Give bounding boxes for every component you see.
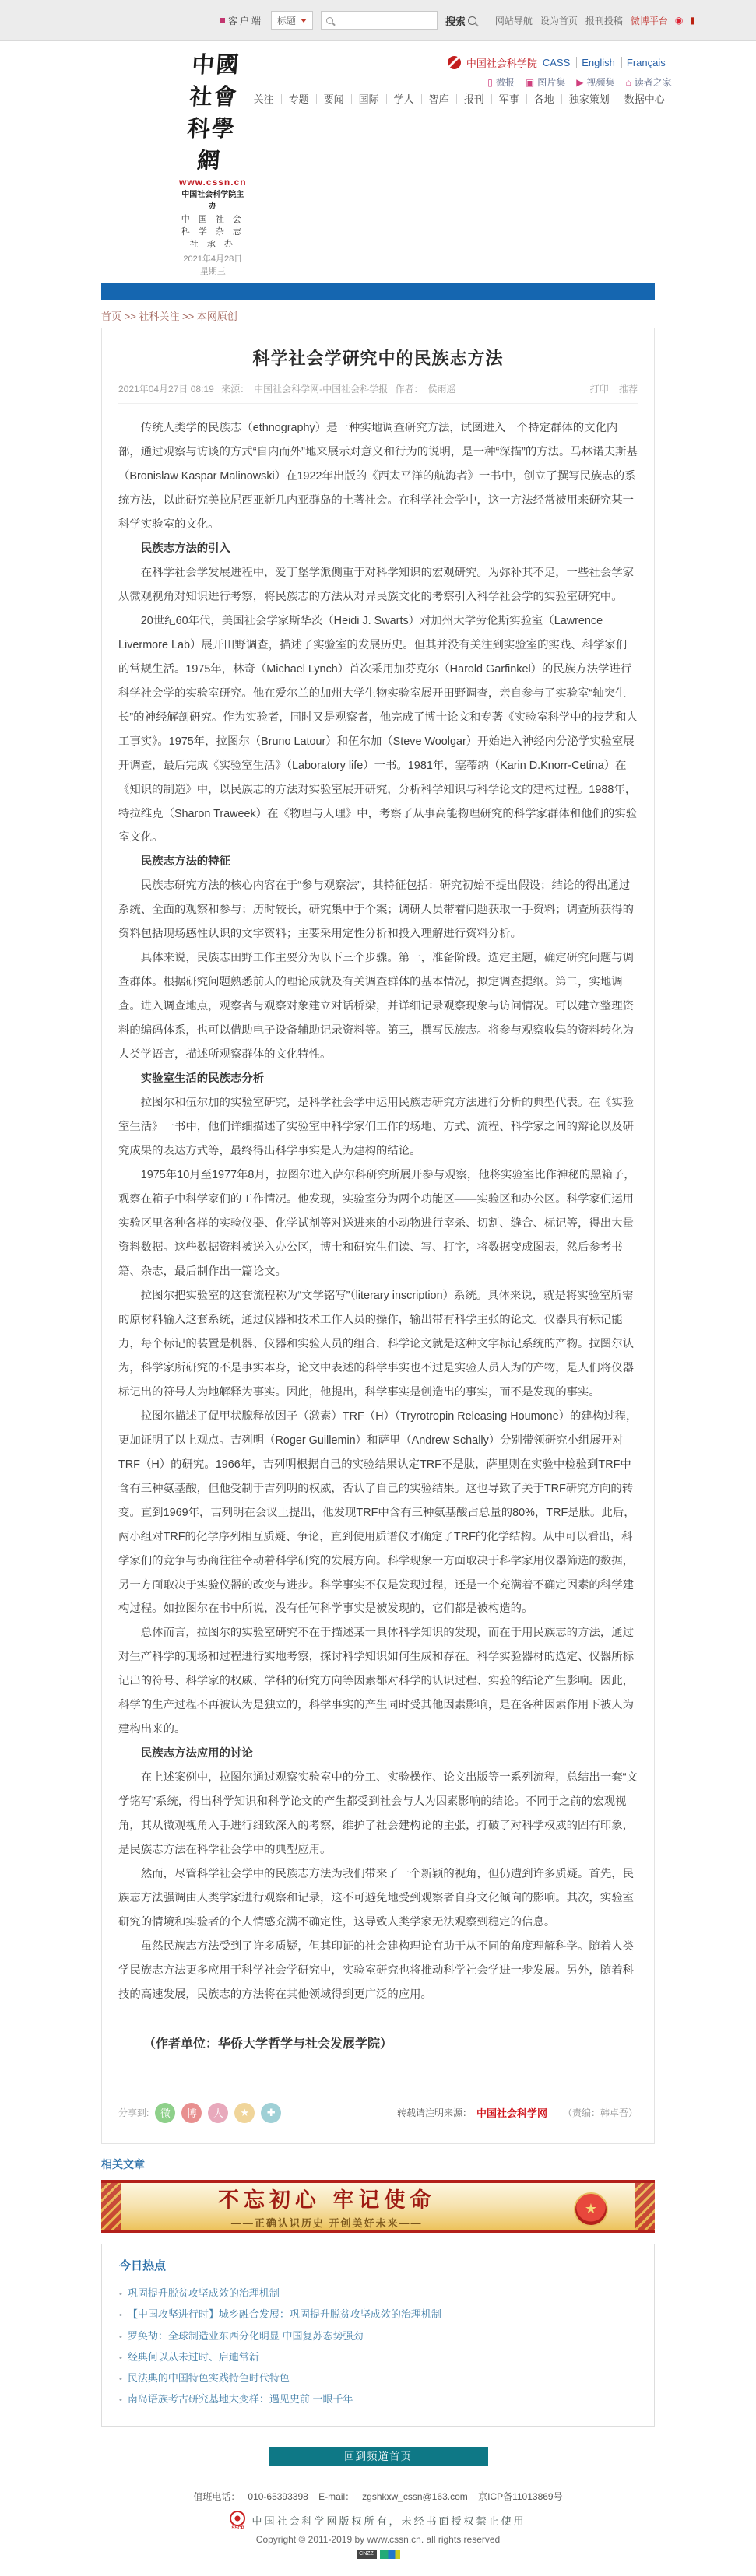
print-button[interactable]: 打印 (590, 384, 609, 395)
nav-link-数据中心[interactable]: 数据中心 (617, 94, 672, 104)
media-link-图片集[interactable]: ▣图片集 (526, 75, 565, 89)
paragraph: 具体来说，民族志田野工作主要分为以下三个步骤。第一，准备阶段。选定主题，确定研究… (118, 946, 638, 1067)
article-author: 侯雨遥 (427, 384, 455, 395)
paragraph: 虽然民族志方法受到了许多质疑，但其印证的社会建构理论有助于从不同的角度理解科学。… (118, 1935, 638, 2007)
hot-topic-link[interactable]: 民法典的中国特色实践特色时代特色 (119, 2367, 637, 2388)
hot-topics-panel: 今日热点 巩固提升脱贫攻坚成效的治理机制【中国攻坚进行时】城乡融合发展：巩固提升… (101, 2244, 655, 2427)
nav-link-专题[interactable]: 专题 (282, 94, 317, 104)
nav-link-军事[interactable]: 军事 (492, 94, 527, 104)
affiliation-link[interactable]: 中国社会科学院 (466, 55, 537, 70)
mobile-icon: ▯ (487, 77, 493, 88)
promo-banner[interactable]: 不忘初心 牢记使命 ——正确认识历史 开创美好未来—— ★ (101, 2180, 655, 2233)
search-input[interactable] (333, 15, 432, 26)
paragraph: 拉图尔描述了促甲状腺释放因子（激素）TRF（H）（Tryrotropin Rel… (118, 1405, 638, 1622)
paragraph: 在上述案例中，拉图尔通过观察实验室中的分工、实验操作、论文出版等一系列流程，总结… (118, 1766, 638, 1862)
media-links: ▯微报▣图片集▶视频集⌂读者之家 (487, 75, 672, 89)
section-heading: 民族志方法的特征 (118, 850, 638, 874)
article-container: 科学社会学研究中的民族志方法 2021年04月27日 08:19 来源：中国社会… (101, 328, 655, 2144)
repost-source-link[interactable]: 中国社会科学网 (476, 2105, 547, 2120)
repost-notice: 转载请注明来源： (397, 2106, 472, 2119)
paragraph: 民族志研究方法的核心内容在于“参与观察法”，其特征包括：研究初始不提出假设；结论… (118, 874, 638, 946)
lang-link-English[interactable]: English (582, 57, 622, 68)
icp-number: 京ICP备11013869号 (478, 2491, 563, 2502)
related-articles-title: 相关文章 (101, 2157, 655, 2172)
breadcrumb[interactable]: 首页 >> 社科关注 >> 本网原创 (101, 308, 655, 323)
site-host: 中国社会科学院主办 (181, 191, 244, 211)
article-datetime: 2021年04月27日 08:19 (118, 384, 214, 395)
cass-logo-icon (448, 56, 461, 69)
stats-badge-icon[interactable] (380, 2550, 400, 2559)
paragraph: 传统人类学的民族志（ethnography）是一种实地调查研究方法，试图进入一个… (118, 416, 638, 537)
topbar-link-报刊投稿[interactable]: 报刊投稿 (585, 14, 623, 27)
site-date: 2021年4月28日 星期三 (179, 252, 247, 277)
search-icon (326, 17, 333, 24)
copy-share-icon[interactable]: ✚ (261, 2103, 281, 2123)
banner-emblem-icon: ★ (574, 2192, 608, 2227)
top-utility-bar: 客户端 标题 搜索 网站导航设为首页报刊投稿微博平台 ◉ ▮ (0, 0, 756, 41)
author-label: 作者： (395, 384, 423, 395)
chevron-down-icon (301, 19, 307, 23)
hot-topics-title: 今日热点 (119, 2257, 637, 2273)
media-label: 视频集 (586, 75, 614, 89)
lang-link-CASS[interactable]: CASS (543, 57, 577, 68)
section-heading: 民族志方法应用的讨论 (118, 1742, 638, 1766)
search-button-icon (468, 16, 476, 25)
main-nav: 关注专题要闻国际学人智库报刊军事各地独家策划数据中心 (247, 94, 672, 104)
topbar-link-网站导航[interactable]: 网站导航 (495, 14, 533, 27)
share-bar: 分享到: 微博人★✚ (118, 2103, 281, 2123)
paragraph: 然而，尽管科学社会学中的民族志方法为我们带来了一个新颖的视角，但仍遭到许多质疑。… (118, 1862, 638, 1935)
author-unit: （作者单位：华侨大学哲学与社会发展学院） (118, 2034, 638, 2051)
nav-link-报刊[interactable]: 报刊 (457, 94, 492, 104)
masthead: 中國社會科學網 www.cssn.cn 中国社会科学院主办 中 国 社 会 科 … (0, 41, 756, 280)
media-link-视频集[interactable]: ▶视频集 (576, 75, 614, 89)
reader-icon: ⌂ (626, 77, 631, 88)
client-link[interactable]: 客户端 (220, 14, 263, 27)
hot-topics-list: 巩固提升脱贫攻坚成效的治理机制【中国攻坚进行时】城乡融合发展：巩固提升脱贫攻坚成… (119, 2283, 637, 2410)
section-heading: 民族志方法的引入 (118, 537, 638, 561)
paragraph: 总体而言，拉图尔的实验室研究不在于描述某一具体科学知识的发现，而在于用民族志的方… (118, 1621, 638, 1742)
article-source: 中国社会科学网-中国社会科学报 (254, 384, 388, 395)
search-box (321, 11, 438, 30)
media-label: 图片集 (537, 75, 565, 89)
site-organizer: 中 国 社 会 科 学 杂 志 社 承 办 (179, 212, 247, 250)
phone-number: 010-65393398 (248, 2491, 308, 2502)
client-icon (220, 18, 225, 23)
topbar-link-设为首页[interactable]: 设为首页 (540, 14, 578, 27)
weibo-share-icon[interactable]: 博 (181, 2103, 202, 2123)
media-label: 读者之家 (635, 75, 672, 89)
video-icon: ▶ (576, 77, 583, 88)
site-url: www.cssn.cn (179, 177, 247, 188)
lang-link-Français[interactable]: Français (627, 57, 672, 68)
sscp-logo-icon: SSCP (230, 2511, 245, 2531)
language-links: CASSEnglishFrançais (543, 57, 672, 68)
hot-topic-link[interactable]: 巩固提升脱贫攻坚成效的治理机制 (119, 2283, 637, 2304)
copyright-en: Copyright © 2011-2019 by www.cssn.cn. al… (0, 2534, 756, 2545)
article-body: 传统人类学的民族志（ethnography）是一种实地调查研究方法，试图进入一个… (118, 404, 638, 2007)
cnzz-badge-icon[interactable]: CNZZ (357, 2550, 377, 2559)
weibo-icon[interactable]: ◉ (675, 16, 683, 25)
copyright-cn: 中国社会科学网版权所有，未经书面授权禁止使用 (251, 2513, 526, 2528)
paragraph: 拉图尔和伍尔加的实验室研究，是科学社会学中运用民族志研究方法进行分析的典型代表。… (118, 1091, 638, 1163)
topbar-link-微博平台[interactable]: 微博平台 (631, 14, 668, 27)
article-meta: 2021年04月27日 08:19 来源：中国社会科学网-中国社会科学报 作者：… (118, 382, 461, 395)
section-heading: 实验室生活的民族志分析 (118, 1067, 638, 1091)
topbar-links: 网站导航设为首页报刊投稿微博平台 (495, 14, 668, 27)
search-button[interactable]: 搜索 (445, 13, 476, 28)
nav-link-独家策划[interactable]: 独家策划 (562, 94, 617, 104)
paragraph: 拉图尔把实验室的这套流程称为“文学铭写”（literary inscriptio… (118, 1284, 638, 1405)
site-logo[interactable]: 中國社會科學網 www.cssn.cn 中国社会科学院主办 中 国 社 会 科 … (179, 47, 247, 277)
nav-link-关注[interactable]: 关注 (247, 94, 282, 104)
nav-link-国际[interactable]: 国际 (352, 94, 387, 104)
nav-link-要闻[interactable]: 要闻 (317, 94, 352, 104)
nav-link-学人[interactable]: 学人 (387, 94, 422, 104)
hot-topic-link[interactable]: 南岛语族考古研究基地大变样：遇见史前 一眼千年 (119, 2388, 637, 2409)
media-label: 微报 (496, 75, 515, 89)
nav-link-智库[interactable]: 智库 (422, 94, 457, 104)
wechat-share-icon[interactable]: 微 (155, 2103, 175, 2123)
page-footer: 值班电话：010-65393398 E-mail：zgshkxw_cssn@16… (0, 2490, 756, 2576)
paragraph: 在科学社会学发展进程中，爱丁堡学派侧重于对科学知识的宏观研究。为弥补其不足，一些… (118, 561, 638, 609)
qzone-share-icon[interactable]: ★ (234, 2103, 255, 2123)
phone-label: 值班电话： (193, 2491, 240, 2502)
banner-slogan: 不忘初心 牢记使命 (218, 2183, 435, 2213)
bookmark-icon[interactable]: ▮ (690, 16, 695, 25)
banner-subtitle: ——正确认识历史 开创美好未来—— (218, 2215, 435, 2230)
media-link-微报[interactable]: ▯微报 (487, 75, 515, 89)
hot-topic-link[interactable]: 【中国攻坚进行时】城乡融合发展：巩固提升脱贫攻坚成效的治理机制 (119, 2304, 637, 2325)
share-label: 分享到: (118, 2106, 149, 2119)
site-logo-title: 中國社會科學網 (174, 47, 251, 175)
page-title: 科学社会学研究中的民族志方法 (118, 346, 638, 370)
source-label: 来源： (221, 384, 249, 395)
nav-link-各地[interactable]: 各地 (527, 94, 562, 104)
recommend-button[interactable]: 推荐 (619, 384, 638, 395)
paragraph: 1975年10月至1977年8月，拉图尔进入萨尔科研究所展开参与观察，他将实验室… (118, 1163, 638, 1284)
hot-topic-link[interactable]: 经典何以从未过时、启迪常新 (119, 2346, 637, 2367)
gallery-icon: ▣ (526, 77, 534, 88)
renren-share-icon[interactable]: 人 (208, 2103, 228, 2123)
media-link-读者之家[interactable]: ⌂读者之家 (626, 75, 672, 89)
search-category-select[interactable]: 标题 (271, 11, 313, 30)
back-to-channel-button[interactable]: 回到频道首页 (269, 2447, 488, 2466)
blue-nav-band (101, 283, 655, 300)
email-address[interactable]: zgshkxw_cssn@163.com (362, 2491, 468, 2502)
hot-topic-link[interactable]: 罗奂劼：全球制造业东西分化明显 中国复苏态势强劲 (119, 2325, 637, 2346)
paragraph: 20世纪60年代，美国社会学家斯华茨（Heidi J. Swarts）对加州大学… (118, 609, 638, 851)
editor-credit: （责编：韩卓吾） (563, 2106, 638, 2119)
email-label: E-mail： (318, 2491, 354, 2502)
